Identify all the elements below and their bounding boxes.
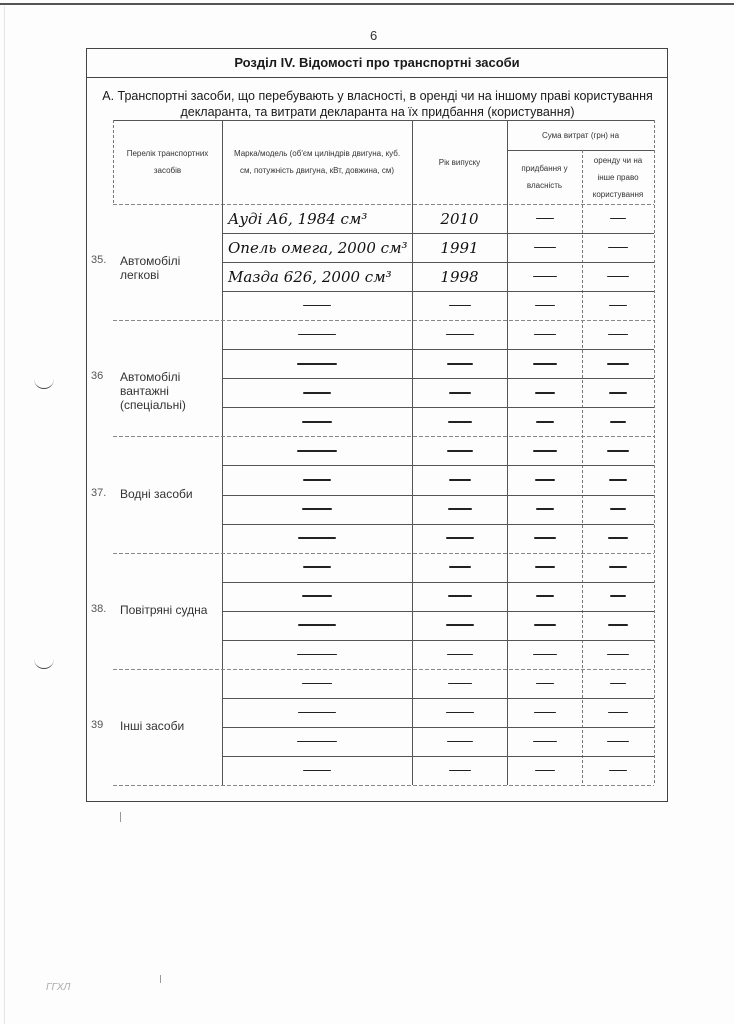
binder-hole-mark (34, 378, 54, 389)
empty-dash-mark (303, 566, 331, 568)
empty-dash-mark (298, 624, 336, 626)
empty-dash-mark (607, 450, 629, 452)
empty-dash-mark (536, 421, 554, 423)
cell-purchase (507, 262, 582, 291)
empty-dash-mark (534, 537, 556, 539)
cell-purchase (507, 756, 582, 785)
cell-model (222, 320, 412, 349)
cell-rent (582, 320, 654, 349)
cell-year (412, 320, 507, 349)
cell-year (412, 727, 507, 756)
group-number: 36 (91, 370, 103, 382)
cell-purchase (507, 465, 582, 494)
cell-model (222, 553, 412, 582)
empty-dash-mark (449, 566, 471, 568)
cell-year (412, 553, 507, 582)
empty-dash-mark (609, 305, 627, 307)
empty-dash-mark (609, 392, 627, 394)
page-left-edge (4, 6, 5, 1024)
empty-dash-mark (610, 218, 626, 220)
empty-dash-mark (446, 334, 474, 336)
empty-dash-mark (609, 770, 627, 772)
empty-dash-mark (302, 508, 332, 510)
cell-rent (582, 378, 654, 407)
empty-dash-mark (533, 654, 557, 656)
empty-dash-mark (610, 595, 626, 597)
cell-purchase (507, 320, 582, 349)
empty-dash-mark (534, 334, 556, 336)
empty-dash-mark (533, 363, 557, 365)
cell-year: 1991 (412, 233, 507, 262)
cell-year (412, 640, 507, 669)
empty-dash-mark (533, 450, 557, 452)
cell-year (412, 495, 507, 524)
cell-model (222, 495, 412, 524)
header-vehicle-list: Перелік транспортних засобів (113, 120, 222, 204)
header-model: Марка/модель (об'єм циліндрів двигуна, к… (222, 120, 412, 204)
empty-dash-mark (448, 683, 472, 685)
cell-model (222, 611, 412, 640)
empty-dash-mark (303, 305, 331, 307)
group-number: 38. (91, 603, 106, 615)
empty-dash-mark (448, 421, 472, 423)
empty-dash-mark (302, 683, 332, 685)
group-label: Інші засоби (120, 719, 220, 733)
table-right-border (654, 120, 655, 785)
empty-dash-mark (303, 479, 331, 481)
cell-rent (582, 233, 654, 262)
empty-dash-mark (302, 595, 332, 597)
cell-model (222, 640, 412, 669)
cell-rent (582, 524, 654, 553)
cell-model (222, 436, 412, 465)
page-top-edge (0, 3, 734, 5)
empty-dash-mark (535, 305, 555, 307)
group-label: Автомобілі вантажні (спеціальні) (120, 370, 220, 412)
cell-purchase (507, 640, 582, 669)
empty-dash-mark (535, 566, 555, 568)
cell-year (412, 291, 507, 320)
cell-model: Ауді А6, 1984 см³ (222, 204, 412, 233)
cell-year (412, 582, 507, 611)
cell-model: Мазда 626, 2000 см³ (222, 262, 412, 291)
cell-purchase (507, 495, 582, 524)
cell-rent (582, 611, 654, 640)
cell-year (412, 407, 507, 436)
cell-year (412, 669, 507, 698)
cell-purchase (507, 291, 582, 320)
empty-dash-mark (536, 508, 554, 510)
empty-dash-mark (536, 683, 554, 685)
cell-purchase (507, 727, 582, 756)
empty-dash-mark (447, 741, 473, 743)
header-top-border (113, 120, 654, 121)
empty-dash-mark (608, 247, 628, 249)
empty-dash-mark (446, 624, 474, 626)
empty-dash-mark (610, 421, 626, 423)
group-label: Автомобілі легкові (120, 254, 220, 282)
empty-dash-mark (446, 537, 474, 539)
header-sub-divider (507, 150, 654, 151)
empty-dash-mark (607, 654, 629, 656)
cell-model (222, 582, 412, 611)
empty-dash-mark (609, 479, 627, 481)
empty-dash-mark (610, 683, 626, 685)
empty-dash-mark (297, 363, 337, 365)
empty-dash-mark (536, 595, 554, 597)
cell-year (412, 349, 507, 378)
empty-dash-mark (536, 218, 554, 220)
cell-rent (582, 407, 654, 436)
empty-dash-mark (534, 624, 556, 626)
empty-dash-mark (609, 566, 627, 568)
cell-model (222, 291, 412, 320)
empty-dash-mark (297, 450, 337, 452)
cell-year (412, 611, 507, 640)
cell-rent (582, 727, 654, 756)
cell-rent (582, 465, 654, 494)
empty-dash-mark (448, 595, 472, 597)
group-label: Повітряні судна (120, 603, 220, 617)
empty-dash-mark (449, 479, 471, 481)
cell-purchase (507, 611, 582, 640)
cell-purchase (507, 378, 582, 407)
cell-model (222, 465, 412, 494)
group-number: 39 (91, 719, 103, 731)
header-purchase: придбання у власність (507, 150, 582, 204)
cell-purchase (507, 669, 582, 698)
empty-dash-mark (298, 334, 336, 336)
header-expenses: Сума витрат (грн) на (507, 120, 654, 150)
empty-dash-mark (449, 770, 471, 772)
empty-dash-mark (608, 624, 628, 626)
cell-rent (582, 553, 654, 582)
empty-dash-mark (297, 741, 337, 743)
empty-dash-mark (607, 276, 629, 278)
cell-year (412, 436, 507, 465)
cell-model (222, 407, 412, 436)
cell-year: 1998 (412, 262, 507, 291)
cell-rent (582, 436, 654, 465)
cell-purchase (507, 436, 582, 465)
cell-model (222, 349, 412, 378)
empty-dash-mark (447, 450, 473, 452)
cell-model (222, 524, 412, 553)
empty-dash-mark (298, 712, 336, 714)
cell-model: Опель омега, 2000 см³ (222, 233, 412, 262)
section-title: Розділ IV. Відомості про транспортні зас… (86, 48, 668, 78)
empty-dash-mark (535, 392, 555, 394)
group-number: 37. (91, 487, 106, 499)
cell-purchase (507, 233, 582, 262)
empty-dash-mark (607, 741, 629, 743)
empty-dash-mark (449, 392, 471, 394)
empty-dash-mark (534, 247, 556, 249)
cell-purchase (507, 204, 582, 233)
group-divider (113, 785, 654, 786)
empty-dash-mark (535, 479, 555, 481)
empty-dash-mark (449, 305, 471, 307)
empty-dash-mark (446, 712, 474, 714)
cell-model (222, 727, 412, 756)
empty-dash-mark (535, 770, 555, 772)
cell-rent (582, 349, 654, 378)
cell-model (222, 669, 412, 698)
empty-dash-mark (607, 363, 629, 365)
header-left-border (113, 120, 114, 204)
cell-model (222, 698, 412, 727)
empty-dash-mark (447, 654, 473, 656)
header-year: Рік випуску (412, 120, 507, 204)
empty-dash-mark (448, 508, 472, 510)
empty-dash-mark (534, 712, 556, 714)
cell-rent (582, 640, 654, 669)
cell-rent (582, 582, 654, 611)
empty-dash-mark (610, 508, 626, 510)
subtitle-line-2: декларанта, та витрати декларанта на їх … (100, 104, 655, 120)
cell-year: 2010 (412, 204, 507, 233)
cell-year (412, 378, 507, 407)
page-number: 6 (370, 28, 377, 43)
subtitle-line-1: А. Транспортні засоби, що перебувають у … (100, 88, 655, 104)
cell-purchase (507, 698, 582, 727)
cell-rent (582, 291, 654, 320)
initials-scribble: ГГХЛ (46, 982, 70, 993)
cell-purchase (507, 524, 582, 553)
cell-model (222, 756, 412, 785)
empty-dash-mark (297, 654, 337, 656)
empty-dash-mark (533, 276, 557, 278)
cell-rent (582, 262, 654, 291)
empty-dash-mark (302, 421, 332, 423)
empty-dash-mark (303, 392, 331, 394)
cell-model (222, 378, 412, 407)
empty-dash-mark (303, 770, 331, 772)
cell-rent (582, 669, 654, 698)
group-label: Водні засоби (120, 487, 220, 501)
binder-hole-mark (34, 658, 54, 669)
empty-dash-mark (608, 537, 628, 539)
empty-dash-mark (533, 741, 557, 743)
group-number: 35. (91, 254, 106, 266)
cell-purchase (507, 407, 582, 436)
empty-dash-mark (608, 334, 628, 336)
cell-rent (582, 756, 654, 785)
cell-rent (582, 698, 654, 727)
cell-year (412, 698, 507, 727)
cell-purchase (507, 349, 582, 378)
cell-year (412, 756, 507, 785)
empty-dash-mark (298, 537, 336, 539)
cell-purchase (507, 553, 582, 582)
cell-rent (582, 495, 654, 524)
stray-mark (160, 975, 161, 983)
stray-mark (120, 812, 121, 822)
empty-dash-mark (608, 712, 628, 714)
cell-year (412, 524, 507, 553)
header-rent: оренду чи на інше право користування (582, 150, 654, 204)
cell-year (412, 465, 507, 494)
cell-purchase (507, 582, 582, 611)
empty-dash-mark (447, 363, 473, 365)
cell-rent (582, 204, 654, 233)
section-subtitle: А. Транспортні засоби, що перебувають у … (100, 88, 655, 120)
